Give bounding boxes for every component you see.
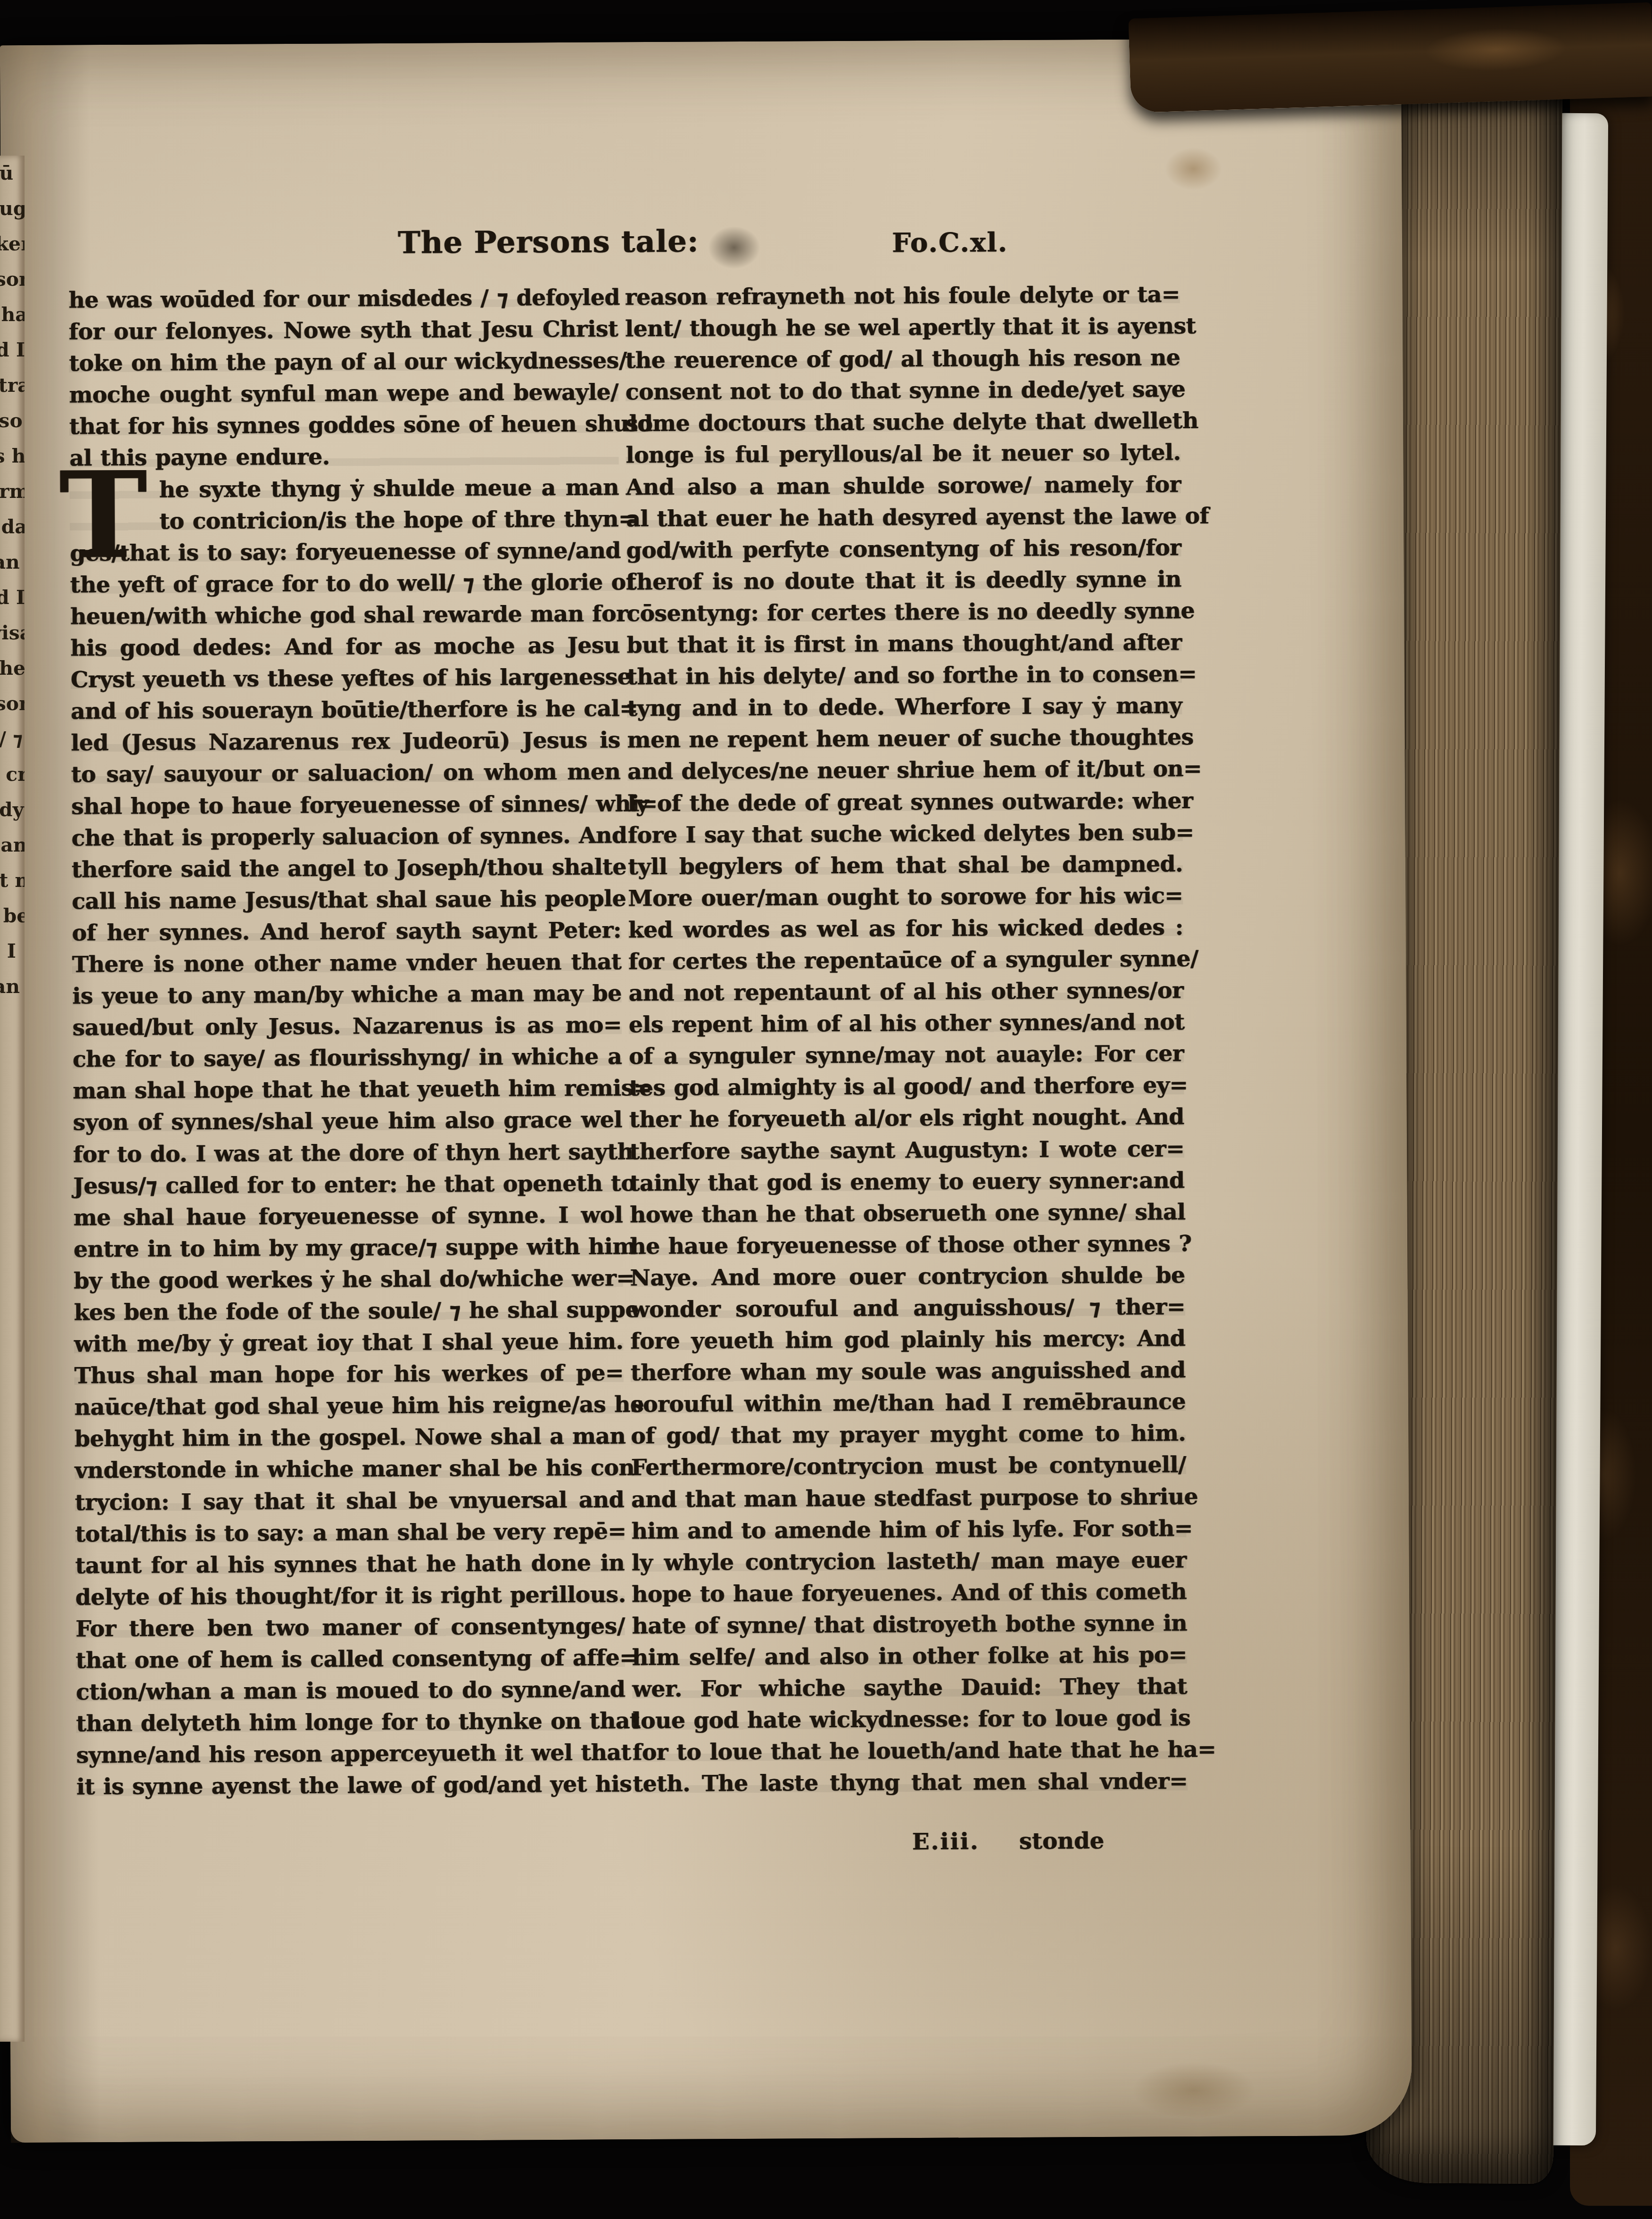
margin-fragment: n: an xyxy=(0,828,25,863)
margin-fragment: to ha xyxy=(0,297,25,332)
text-line: and of his souerayn boūtie/therfore is h… xyxy=(71,693,620,728)
margin-fragment: ot dai xyxy=(0,509,25,545)
margin-fragment: betray xyxy=(0,368,25,403)
text-line: with me/by ẏ great ioy that I shal yeue … xyxy=(74,1325,623,1360)
text-line: trycion: I say that it shal be vnyuersal… xyxy=(75,1484,624,1518)
text-line: of a synguler synne/may not auayle: For … xyxy=(629,1038,1184,1072)
margin-fragment: d/an xyxy=(0,969,25,1004)
text-line: consent not to do that synne in dede/yet… xyxy=(625,373,1180,408)
text-line: hope to haue foryeuenes. And of this com… xyxy=(632,1576,1187,1610)
text-line: for to do. I was at the dore of thyn her… xyxy=(73,1136,622,1170)
text-line: shal hope to haue foryeuenesse of sinnes… xyxy=(71,788,620,822)
text-line: hate of synne/ that distroyeth bothe syn… xyxy=(632,1607,1187,1642)
ink-smudge xyxy=(708,226,760,269)
text-line: syon of synnes/shal yeue him also grace … xyxy=(73,1104,622,1139)
catchword: stonde xyxy=(1019,1828,1105,1855)
text-line: cōsentyng: for certes there is no deedly… xyxy=(627,595,1181,629)
text-line: is yeue to any man/by whiche a man may b… xyxy=(72,977,621,1012)
text-line: his good dedes: And for as moche as Jesu xyxy=(70,629,619,664)
text-line: that for his synnes goddes sōne of heuen… xyxy=(69,408,619,443)
paper-stain xyxy=(1165,148,1222,190)
text-line: ction/whan a man is moued to do synne/an… xyxy=(76,1673,625,1708)
text-line: for to loue that he loueth/and hate that… xyxy=(633,1734,1188,1768)
paper-stain xyxy=(1132,2062,1256,2119)
margin-fragment: erken xyxy=(0,226,25,262)
text-line: And also a man shulde sorowe/ namely for xyxy=(626,469,1181,503)
text-line: of her synnes. And herof sayth saynt Pet… xyxy=(72,914,621,949)
text-line: naūce/that god shal yeue him his reigne/… xyxy=(74,1389,624,1424)
text-line: loue god hate wickydnesse: for to loue g… xyxy=(632,1702,1187,1737)
text-line: Cryst yeueth vs these yeftes of his larg… xyxy=(71,661,620,696)
folio-number: Fo.C.xl. xyxy=(892,227,1008,258)
text-line: heuen/with whiche god shal rewarde man f… xyxy=(70,598,619,632)
text-line: men ne repent hem neuer of suche thought… xyxy=(627,721,1182,756)
text-line: che that is properly saluacion of synnes… xyxy=(71,820,620,854)
text-line: Jesus/⁊ called for to enter: he that ope… xyxy=(73,1167,622,1202)
text-line: therfore saythe saynt Augustyn: I wote c… xyxy=(629,1133,1184,1167)
text-line: wonder sorouful and anguisshous/ ⁊ ther= xyxy=(630,1291,1185,1325)
margin-fragment: nd I xyxy=(0,934,25,969)
text-line: to say/ sauyour or saluacion/ on whom me… xyxy=(71,756,620,791)
text-line: he haue foryeuenesse of those other synn… xyxy=(630,1228,1185,1262)
text-line: god/with perfyte consentyng of his reson… xyxy=(626,532,1181,566)
margin-fragment: he/ ⁊ t xyxy=(0,721,25,757)
margin-fragment: e/ so t xyxy=(0,403,25,439)
text-line: and not repentaunt of al his other synne… xyxy=(628,975,1183,1009)
text-line: and that man haue stedfast purpose to sh… xyxy=(631,1481,1186,1515)
text-line: howe than he that obserueth one synne/ s… xyxy=(630,1196,1185,1231)
text-line: me shal haue foryeuenesse of synne. I wo… xyxy=(74,1199,623,1234)
text-line: tyll begylers of hem that shal be dampne… xyxy=(628,848,1183,883)
text-line: him selfe/ and also in other folke at hi… xyxy=(632,1639,1187,1673)
text-line: ly whyle contrycion lasteth/ man maye eu… xyxy=(631,1544,1186,1579)
margin-fragment: s the xyxy=(0,651,25,686)
margin-fragment: hat n xyxy=(0,863,25,898)
text-line: than delyteth him longe for to thynke on… xyxy=(76,1706,625,1740)
leather-cover-top-edge xyxy=(1128,2,1652,113)
text-line: moche ought synful man wepe and bewayle/ xyxy=(69,377,619,411)
text-line: he was woūded for our misdedes / ⁊ defoy… xyxy=(68,282,618,316)
margin-fragment: his h xyxy=(0,439,25,474)
margin-fragment: hermo xyxy=(0,474,25,509)
text-line: wer. For whiche saythe Dauid: They that xyxy=(632,1671,1187,1705)
text-line: ther he foryeueth al/or els right nought… xyxy=(629,1101,1184,1136)
margin-fragment: s visa xyxy=(0,615,25,651)
text-line: it is synne ayenst the lawe of god/and y… xyxy=(76,1769,626,1803)
text-line: tainly that god is enemy to euery synner… xyxy=(629,1165,1184,1199)
text-line: by the good werkes ẏ he shal do/whiche w… xyxy=(74,1262,623,1297)
book-photograph: The Persons tale: Fo.C.xl. he was woūded… xyxy=(0,0,1652,2219)
text-line: for certes the repentaūce of a synguler … xyxy=(628,943,1183,977)
text-line: fore yeueth him god plainly his mercy: A… xyxy=(630,1323,1185,1357)
text-line: kes ben the fode of the soule/ ⁊ he shal… xyxy=(74,1294,623,1328)
margin-fragment: he cro xyxy=(0,757,25,792)
text-line: of god/ that my prayer myght come to him… xyxy=(631,1417,1186,1452)
signature-mark: E.iii. xyxy=(912,1828,980,1855)
text-line: tes god almighty is al good/ and therfor… xyxy=(629,1069,1184,1104)
margin-fragment: naū xyxy=(0,156,25,191)
text-line: therfore said the angel to Joseph/thou s… xyxy=(72,851,621,886)
text-line: some doctours that suche delyte that dwe… xyxy=(626,405,1181,439)
margin-fragment: body xyxy=(0,792,25,828)
text-line: behyght him in the gospel. Nowe shal a m… xyxy=(74,1421,624,1455)
text-line: taunt for al his synnes that he hath don… xyxy=(75,1547,625,1581)
text-line: There is none other name vnder heuen tha… xyxy=(72,946,621,980)
text-line: and delyces/ne neuer shriue hem of it/bu… xyxy=(628,753,1182,788)
text-line: els repent him of al his other synnes/an… xyxy=(629,1006,1184,1041)
text-line: Naye. And more ouer contrycion shulde be xyxy=(630,1259,1185,1294)
text-line: al that euer he hath desyred ayenst the … xyxy=(626,500,1181,535)
text-line: him and to amende him of his lyfe. For s… xyxy=(631,1513,1186,1547)
text-line: toke on him the payn of al our wickydnes… xyxy=(69,345,618,380)
text-line: call his name Jesus/that shal saue his p… xyxy=(72,883,621,917)
text-line: synne/and his reson apperceyueth it wel … xyxy=(76,1737,626,1772)
book-page: The Persons tale: Fo.C.xl. he was woūded… xyxy=(0,38,1412,2143)
text-line: More ouer/man ought to sorowe for his wi… xyxy=(628,880,1183,914)
text-line: lent/ though he se wel apertly that it i… xyxy=(625,310,1180,345)
text-line: sorouful within me/than had I remēbraunc… xyxy=(631,1386,1186,1420)
margin-fragment: ay be xyxy=(0,898,25,934)
text-line: tyng and in to dede. Wherfore I say ẏ ma… xyxy=(627,690,1182,724)
right-text-column: reason refrayneth not his foule delyte o… xyxy=(625,279,1188,1800)
previous-page-sliver: naūbougerkenresonto haord Ibetraye/ so t… xyxy=(0,156,25,2042)
text-line: for our felonyes. Nowe syth that Jesu Ch… xyxy=(69,313,618,348)
text-line: therfore whan my soule was anguisshed an… xyxy=(630,1354,1185,1389)
margin-fragment: boug xyxy=(0,191,25,226)
text-line: For there ben two maner of consentynges/ xyxy=(75,1610,625,1645)
text-line: teth. The laste thyng that men shal vnde… xyxy=(633,1765,1188,1800)
margin-fragment: reson xyxy=(0,262,25,297)
text-line: longe is ful peryllous/al be it neuer so… xyxy=(626,437,1181,472)
text-line: but that it is first in mans thought/and… xyxy=(627,627,1181,661)
text-line: ly of the dede of great synnes outwarde:… xyxy=(628,785,1182,820)
text-line: fore I say that suche wicked delytes ben… xyxy=(628,817,1182,851)
text-line: therof is no doute that it is deedly syn… xyxy=(627,563,1181,598)
margin-fragment: man w xyxy=(0,545,25,580)
drop-cap-initial: T xyxy=(51,456,155,575)
text-line: che for to saye/ as flourisshyng/ in whi… xyxy=(73,1041,622,1076)
text-line: total/this is to say: a man shal be very… xyxy=(75,1515,624,1550)
text-line: the reuerence of god/ al though his reso… xyxy=(625,342,1180,376)
text-line: that in his delyte/ and so forthe in to … xyxy=(627,658,1182,693)
running-title: The Persons tale: xyxy=(398,224,699,260)
margin-fragment: ord I xyxy=(0,580,25,615)
text-line: entre in to him by my grace/⁊ suppe with… xyxy=(74,1231,623,1265)
text-line: ked wordes as wel as for his wicked dede… xyxy=(628,911,1183,946)
margin-fragment: reson xyxy=(0,686,25,721)
text-line: vnderstonde in whiche maner shal be his … xyxy=(74,1452,624,1487)
text-line: Ferthermore/contrycion must be contynuel… xyxy=(631,1449,1186,1484)
text-line: man shal hope that he that yeueth him re… xyxy=(73,1073,622,1107)
text-line: Thus shal man hope for his werkes of pe= xyxy=(74,1358,623,1392)
text-line: saued/but only Jesus. Nazarenus is as mo… xyxy=(73,1009,622,1043)
margin-fragment: ord I xyxy=(0,332,25,368)
text-line: delyte of his thought/for it is right pe… xyxy=(75,1579,625,1613)
text-line: that one of hem is called consentyng of … xyxy=(76,1642,625,1676)
text-line: led (Jesus Nazarenus rex Judeorū) Jesus … xyxy=(71,725,620,759)
text-line: reason refrayneth not his foule delyte o… xyxy=(625,279,1180,313)
